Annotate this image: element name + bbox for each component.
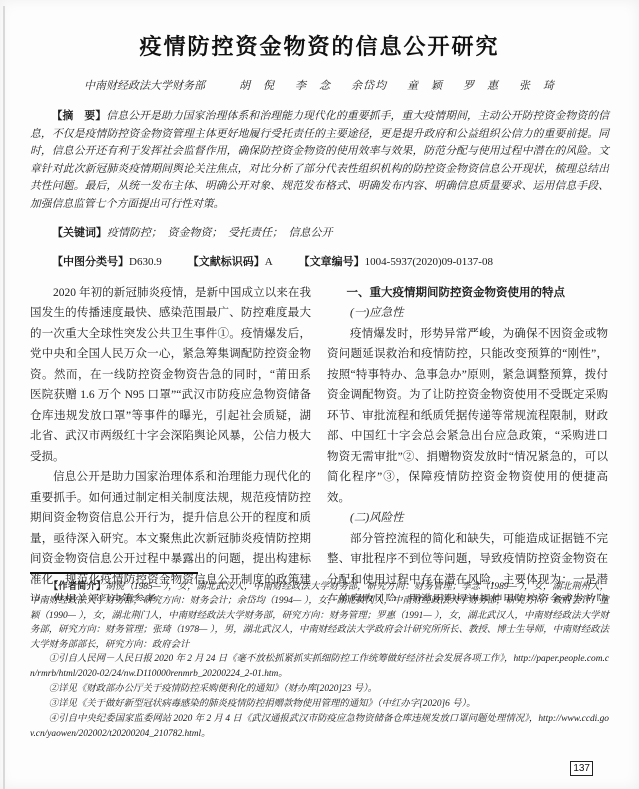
author-name: 童 颖: [407, 77, 443, 93]
author-bio-label: 【作者简介】: [49, 580, 106, 591]
keywords-label: 【关键词】: [52, 227, 107, 239]
footnote-separator-rule: [30, 572, 198, 574]
classification-line: 【中图分类号】D630.9【文献标识码】A【文章编号】1004-5937(202…: [30, 253, 609, 271]
author-name: 罗 惠: [463, 77, 499, 93]
byline: 中南财经政法大学财务部 胡 倪 李 念 余岱均 童 颖 罗 惠 张 琦: [30, 77, 609, 93]
author-affiliation: 中南财经政法大学财务部: [84, 77, 205, 93]
numbered-footnotes: ①引自人民网－人民日报 2020 年 2 月 24 日《毫不放松抓紧抓实抓细防控…: [30, 652, 609, 742]
abstract-text: 信息公开是助力国家治理体系和治理能力现代化的重要抓手，重大疫情期间，主动公开防控…: [30, 110, 609, 210]
footnote-item: ③详见《关于做好新型冠状病毒感染的肺炎疫情防控捐赠款物使用管理的通知》（中红办字…: [30, 697, 609, 712]
subsection-heading: (二)风险性: [327, 508, 608, 529]
author-name: 李 念: [295, 77, 331, 93]
abstract-paragraph: 【摘 要】信息公开是助力国家治理体系和治理能力现代化的重要抓手，重大疫情期间，主…: [30, 108, 609, 213]
paper-title: 疫情防控资金物资的信息公开研究: [30, 30, 609, 61]
page-number: 137: [570, 761, 593, 776]
footnote-item: ①引自人民网－人民日报 2020 年 2 月 24 日《毫不放松抓紧抓实抓细防控…: [30, 652, 609, 682]
abstract-label: 【摘 要】: [52, 110, 107, 122]
doc-code-value: A: [265, 256, 273, 268]
clc-label: 【中图分类号】: [52, 256, 129, 268]
right-column: 一、重大疫情期间防控资金物资使用的特点 (一)应急性 疫情爆发时，形势异常严峻，…: [327, 283, 608, 601]
author-bio-text: 胡倪（1985— ），女，湖北武汉人，中南财经政法大学财务部，研究方向：财务管理…: [30, 582, 609, 650]
paper-page: 疫情防控资金物资的信息公开研究 中南财经政法大学财务部 胡 倪 李 念 余岱均 …: [0, 0, 639, 789]
article-id-label: 【文章编号】: [299, 256, 365, 268]
footnote-area: 【作者简介】胡倪（1985— ），女，湖北武汉人，中南财经政法大学财务部，研究方…: [30, 572, 609, 742]
footnote-item: ②详见《财政部办公厅关于疫情防控采购便利化的通知》（财办库[2020]23 号）…: [30, 682, 609, 697]
author-name: 胡 倪: [239, 77, 275, 93]
article-id-value: 1004-5937(2020)09-0137-08: [365, 256, 493, 268]
clc-value: D630.9: [129, 256, 162, 268]
keywords-line: 【关键词】疫情防控； 资金物资； 受托责任； 信息公开: [30, 224, 609, 242]
body-paragraph: 疫情爆发时，形势异常严峻，为确保不因资金或物资问题延误救治和疫情防控，只能改变预…: [327, 324, 608, 509]
author-bio-footnote: 【作者简介】胡倪（1985— ），女，湖北武汉人，中南财经政法大学财务部，研究方…: [30, 579, 609, 652]
left-column: 2020 年初的新冠肺炎疫情，是新中国成立以来在我国发生的传播速度最快、感染范围…: [30, 283, 311, 601]
body-paragraph: 2020 年初的新冠肺炎疫情，是新中国成立以来在我国发生的传播速度最快、感染范围…: [30, 283, 311, 468]
section-heading: 一、重大疫情期间防控资金物资使用的特点: [327, 283, 608, 304]
author-name: 余岱均: [351, 77, 387, 93]
paper-content: 疫情防控资金物资的信息公开研究 中南财经政法大学财务部 胡 倪 李 念 余岱均 …: [0, 0, 639, 601]
doc-code-label: 【文献标识码】: [188, 256, 265, 268]
scan-edge-line: [3, 6, 5, 789]
footnote-item: ④引自中央纪委国家监委网站 2020 年 2 月 4 日《武汉通报武汉市防疫应急…: [30, 712, 609, 742]
author-name: 张 琦: [519, 77, 555, 93]
two-column-body: 2020 年初的新冠肺炎疫情，是新中国成立以来在我国发生的传播速度最快、感染范围…: [30, 283, 609, 601]
keywords-text: 疫情防控； 资金物资； 受托责任； 信息公开: [107, 227, 333, 239]
subsection-heading: (一)应急性: [327, 303, 608, 324]
